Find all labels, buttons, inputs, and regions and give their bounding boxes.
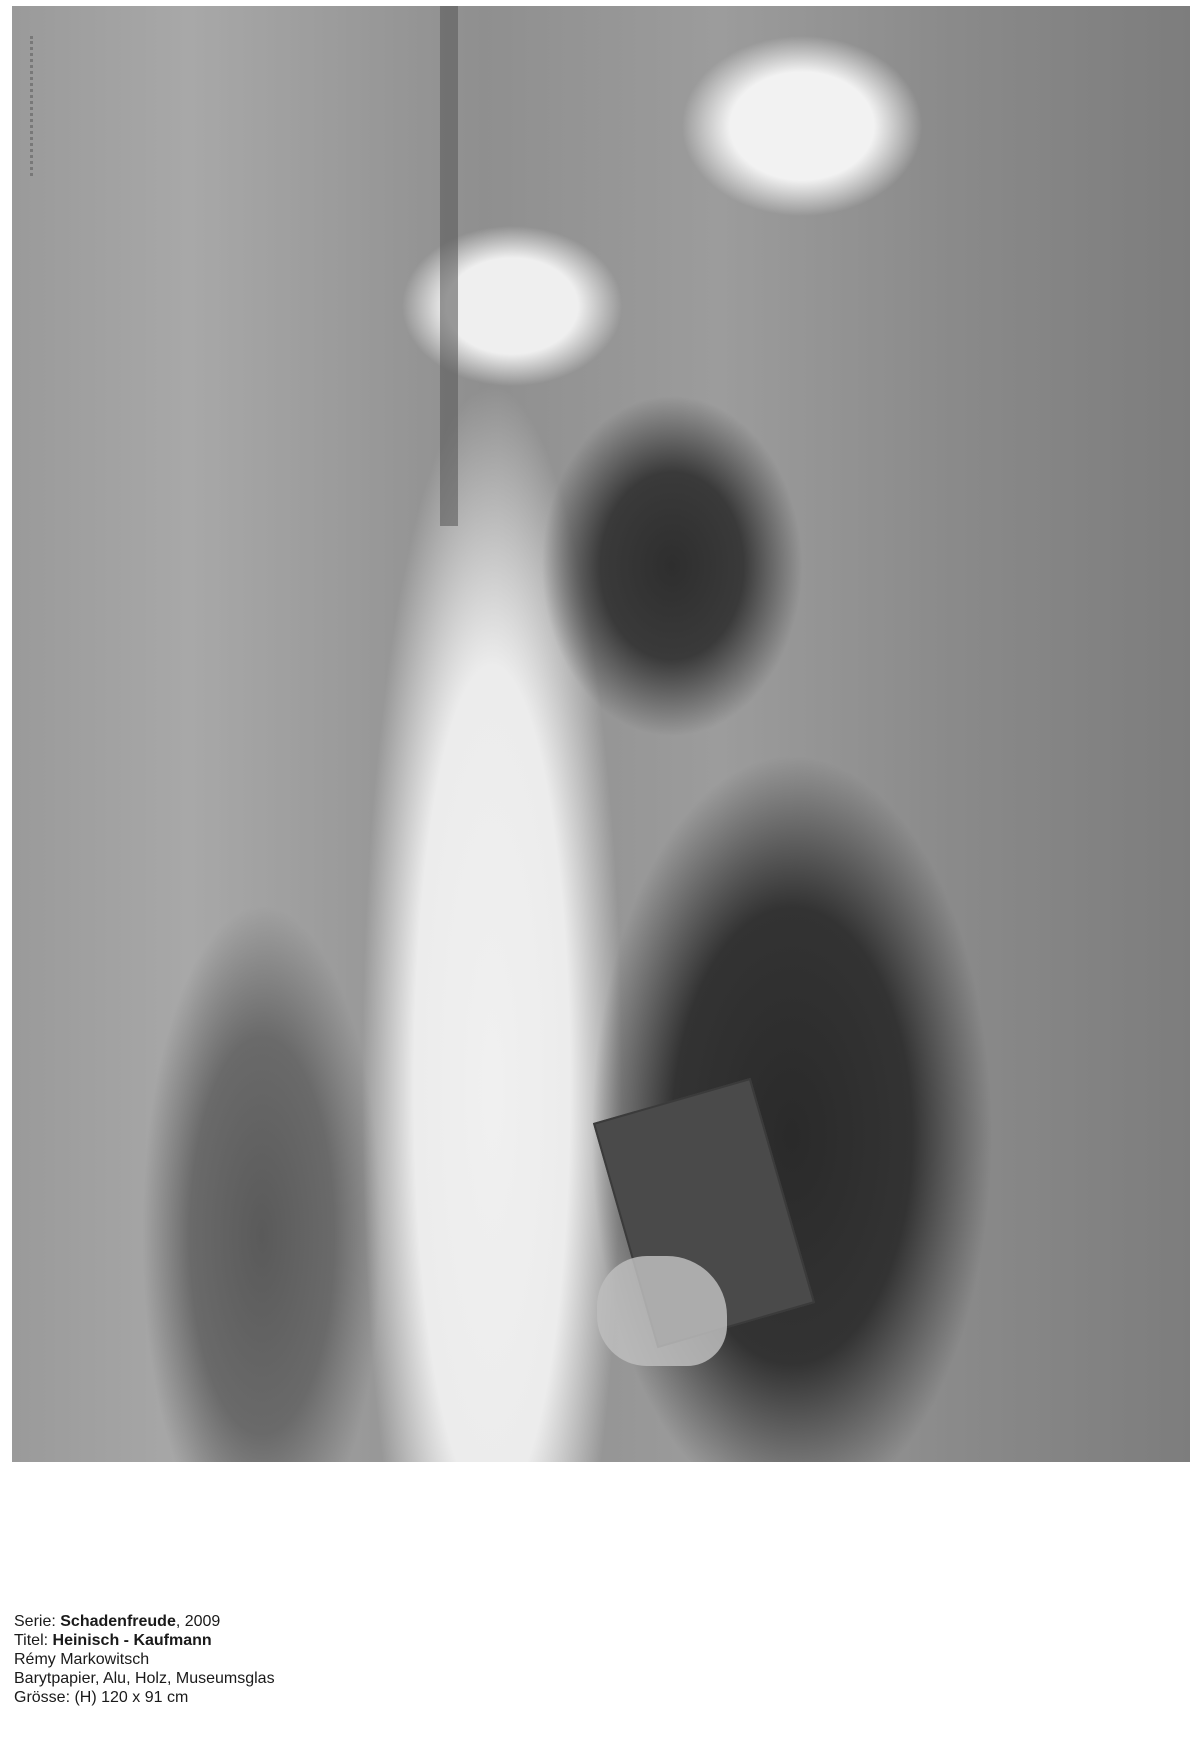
series-line: Serie: Schadenfreude, 2009 xyxy=(14,1612,275,1631)
artwork-image xyxy=(12,6,1190,1462)
hand-figure xyxy=(597,1256,727,1366)
title-line: Titel: Heinisch - Kaufmann xyxy=(14,1631,275,1650)
size-label: Grösse: xyxy=(14,1689,70,1706)
title-value: Heinisch - Kaufmann xyxy=(53,1632,212,1649)
size-value: (H) 120 x 91 cm xyxy=(74,1689,188,1706)
size-line: Grösse: (H) 120 x 91 cm xyxy=(14,1688,275,1707)
series-label: Serie: xyxy=(14,1613,56,1630)
signature-icon xyxy=(30,36,53,176)
background-pole xyxy=(440,6,458,526)
artist-name: Rémy Markowitsch xyxy=(14,1650,275,1669)
artwork-caption: Serie: Schadenfreude, 2009 Titel: Heinis… xyxy=(14,1612,275,1707)
series-year: , 2009 xyxy=(176,1613,220,1630)
series-value: Schadenfreude xyxy=(60,1613,176,1630)
title-label: Titel: xyxy=(14,1632,48,1649)
materials: Barytpapier, Alu, Holz, Museumsglas xyxy=(14,1669,275,1688)
